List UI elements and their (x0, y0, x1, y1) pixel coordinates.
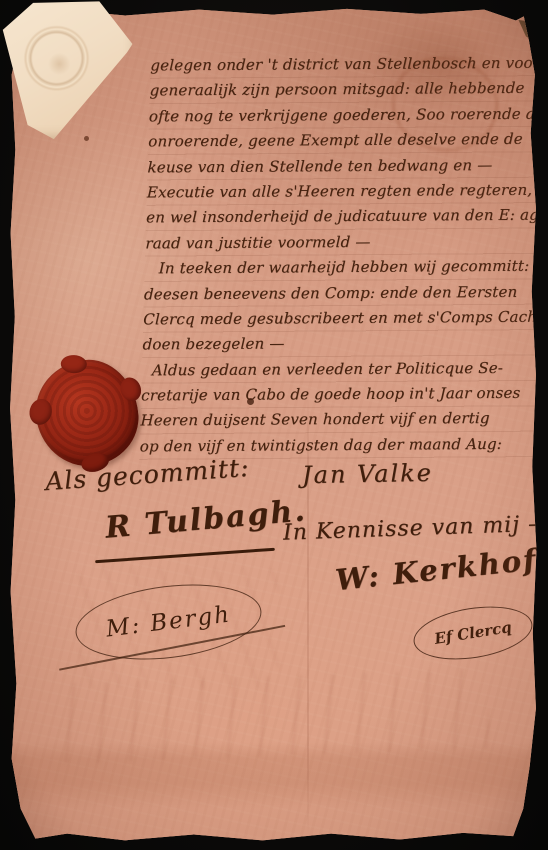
paper-edge-shading (9, 8, 537, 842)
photo-background: gelegen onder 't district van Stellenbos… (0, 0, 548, 850)
manuscript-page: gelegen onder 't district van Stellenbos… (9, 8, 537, 842)
